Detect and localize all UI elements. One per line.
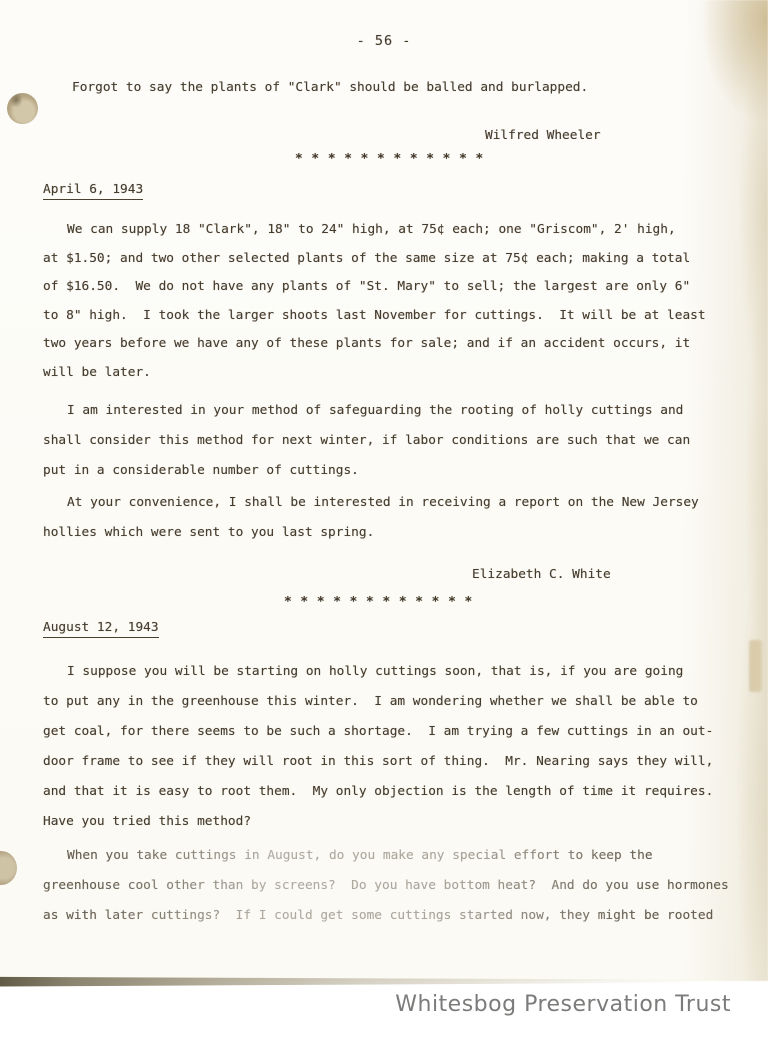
april-letter-date-heading: April 6, 1943 [43,182,143,200]
typed-line: We can supply 18 "Clark", 18" to 24" hig… [43,216,743,245]
august-letter-date-heading: August 12, 1943 [43,620,159,638]
paper-crease-mark [749,640,762,692]
august-letter-paragraph-1: I suppose you will be starting on holly … [43,657,743,837]
typed-line: as with later cuttings? If I could get s… [43,901,743,931]
typed-line: and that it is easy to root them. My onl… [43,777,743,807]
typed-line: two years before we have any of these pl… [43,330,743,359]
hole-punch-bottom [0,851,17,885]
hole-punch-top [7,93,38,124]
typed-line: door frame to see if they will root in t… [43,747,743,777]
typed-line: I am interested in your method of safegu… [43,396,743,426]
typed-line: When you take cuttings in August, do you… [43,841,743,871]
typed-line: of $16.50. We do not have any plants of … [43,273,743,302]
april-letter-paragraph-2: I am interested in your method of safegu… [43,396,743,486]
typed-line: I suppose you will be starting on holly … [43,657,743,687]
watermark-text: Whitesbog Preservation Trust [395,992,731,1017]
typed-line: hollies which were sent to you last spri… [43,518,743,548]
typed-line: put in a considerable number of cuttings… [43,456,743,486]
typed-line: at $1.50; and two other selected plants … [43,245,743,274]
typed-line: At your convenience, I shall be interest… [43,488,743,518]
typed-line: shall consider this method for next wint… [43,426,743,456]
typed-line: get coal, for there seems to be such a s… [43,717,743,747]
page-number: - 56 - [0,33,768,49]
april-letter-paragraph-1: We can supply 18 "Clark", 18" to 24" hig… [43,216,743,387]
wheeler-signature: Wilfred Wheeler [485,128,601,144]
typed-line: will be later. [43,359,743,388]
asterisk-separator-1: * * * * * * * * * * * * [295,151,484,167]
asterisk-separator-2: * * * * * * * * * * * * [284,594,473,610]
typed-line: Have you tried this method? [43,807,743,837]
august-letter-paragraph-2: When you take cuttings in August, do you… [43,841,743,931]
typed-line: to put any in the greenhouse this winter… [43,687,743,717]
scanned-letter-page: - 56 - Forgot to say the plants of "Clar… [0,0,768,981]
april-letter-paragraph-3: At your convenience, I shall be interest… [43,488,743,548]
wheeler-note-line: Forgot to say the plants of "Clark" shou… [72,80,588,96]
white-signature: Elizabeth C. White [472,567,611,583]
typed-line: to 8" high. I took the larger shoots las… [43,302,743,331]
typed-line: greenhouse cool other than by screens? D… [43,871,743,901]
document-scan-view: - 56 - Forgot to say the plants of "Clar… [0,0,768,1056]
